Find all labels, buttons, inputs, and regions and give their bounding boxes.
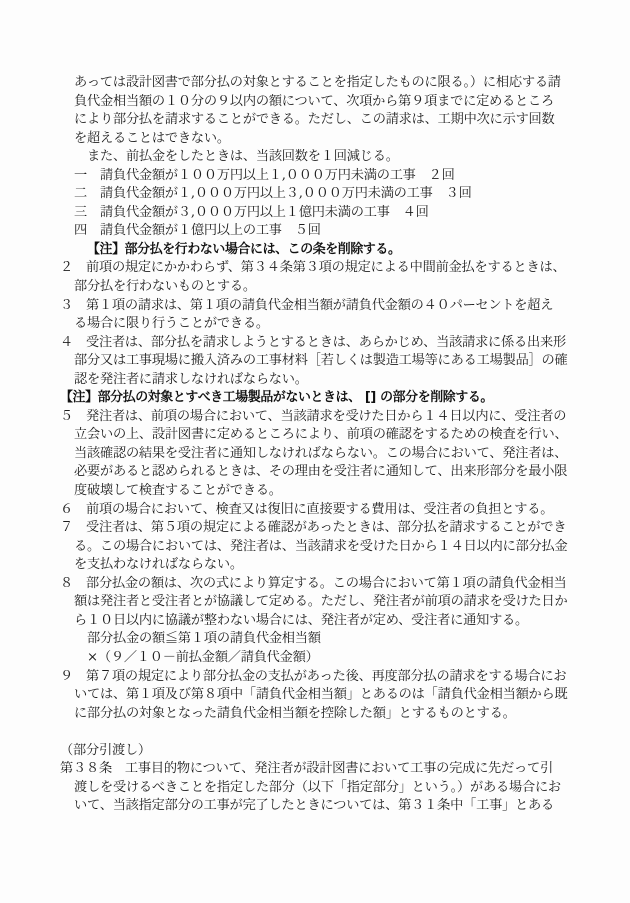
text-line: 負代金相当額の１０分の９以内の額について、次項から第９項までに定めるところ (74, 93, 578, 112)
text-line: 四 請負代金額が１億円以上の工事 ５回 (74, 222, 578, 241)
text-line: ９ 第７項の規定により部分払金の支払があった後、再度部分払の請求をする場合にお (60, 668, 578, 687)
text-line: ６ 前項の場合において、検査又は復旧に直接要する費用は、受注者の負担とする。 (60, 501, 578, 520)
text-line: （部分引渡し） (60, 742, 578, 761)
text-line: 部分払を行わないものとする。 (74, 278, 578, 297)
text-line: ８ 部分払金の額は、次の式により算定する。この場合において第１項の請負代金相当 (60, 575, 578, 594)
text-line: 立会いの上、設計図書に定めるところにより、前項の確認をするための検査を行い、 (74, 426, 578, 445)
text-line: ７ 受注者は、第５項の規定による確認があったときは、部分払を請求することができ (60, 519, 578, 538)
text-line: により部分払を請求することができる。ただし、この請求は、工期中次に示す回数 (74, 111, 578, 130)
text-line: 認を発注者に請求しなければならない。 (74, 371, 578, 390)
text-line: 第３８条 工事目的物について、発注者が設計図書において工事の完成に先だって引 (60, 760, 578, 779)
text-line: 渡しを受けるべきことを指定した部分（以下「指定部分」という。）がある場合にお (74, 779, 578, 798)
text-line: ら１０日以内に協議が整わない場合には、発注者が定め、受注者に通知する。 (74, 612, 578, 631)
text-line: ２ 前項の規定にかかわらず、第３４条第３項の規定による中間前金払をするときは、 (60, 259, 578, 278)
text-line: 一 請負代金額が１００万円以上１,０００万円未満の工事 ２回 (74, 167, 578, 186)
text-line: ×（９／１０－前払金額／請負代金額） (87, 649, 578, 668)
text-line: 部分又は工事現場に搬入済みの工事材料［若しくは製造工場等にある工場製品］の確 (74, 352, 578, 371)
text-line: いて、当該指定部分の工事が完了したときについては、第３１条中「工事」とある (74, 797, 578, 816)
text-line: ３ 第１項の請求は、第１項の請負代金相当額が請負代金額の４０パーセントを超え (60, 297, 578, 316)
text-line: あっては設計図書で部分払の対象とすることを指定したものに限る。）に相応する請 (74, 74, 578, 93)
text-line: 三 請負代金額が３,０００万円以上１億円未満の工事 ４回 (74, 204, 578, 223)
text-line: ５ 発注者は、前項の場合において、当該請求を受けた日から１４日以内に、受注者の (60, 408, 578, 427)
note-line: 【注】部分払を行わない場合には、この条を削除する。 (87, 241, 578, 260)
text-line: 二 請負代金額が１,０００万円以上３,０００万円未満の工事 ３回 (74, 185, 578, 204)
document-page: あっては設計図書で部分払の対象とすることを指定したものに限る。）に相応する請負代… (0, 0, 630, 903)
blank-line (60, 723, 578, 742)
text-line: に部分払の対象となった請負代金相当額を控除した額」とするものとする。 (74, 705, 578, 724)
text-line: 度破壊して検査することができる。 (74, 482, 578, 501)
text-line: る場合に限り行うことができる。 (74, 315, 578, 334)
text-line: また、前払金をしたときは、当該回数を１回減じる。 (87, 148, 578, 167)
text-line: を支払わなければならない。 (74, 556, 578, 575)
text-line: る。この場合においては、発注者は、当該請求を受けた日から１４日以内に部分払金 (74, 538, 578, 557)
document-text-block: あっては設計図書で部分払の対象とすることを指定したものに限る。）に相応する請負代… (60, 74, 578, 816)
note-line: 【注】部分払の対象とすべき工場製品がないときは、 [] の部分を削除する。 (60, 389, 578, 408)
text-line: 額は発注者と受注者とが協議して定める。ただし、発注者が前項の請求を受けた日か (74, 593, 578, 612)
text-line: 部分払金の額≦第１項の請負代金相当額 (87, 630, 578, 649)
text-line: いては、第１項及び第８項中「請負代金相当額」とあるのは「請負代金相当額から既 (74, 686, 578, 705)
text-line: 当該確認の結果を受注者に通知しなければならない。この場合において、発注者は、 (74, 445, 578, 464)
text-line: ４ 受注者は、部分払を請求しようとするときは、あらかじめ、当該請求に係る出来形 (60, 334, 578, 353)
text-line: 必要があると認められるときは、その理由を受注者に通知して、出来形部分を最小限 (74, 463, 578, 482)
text-line: を超えることはできない。 (74, 130, 578, 149)
